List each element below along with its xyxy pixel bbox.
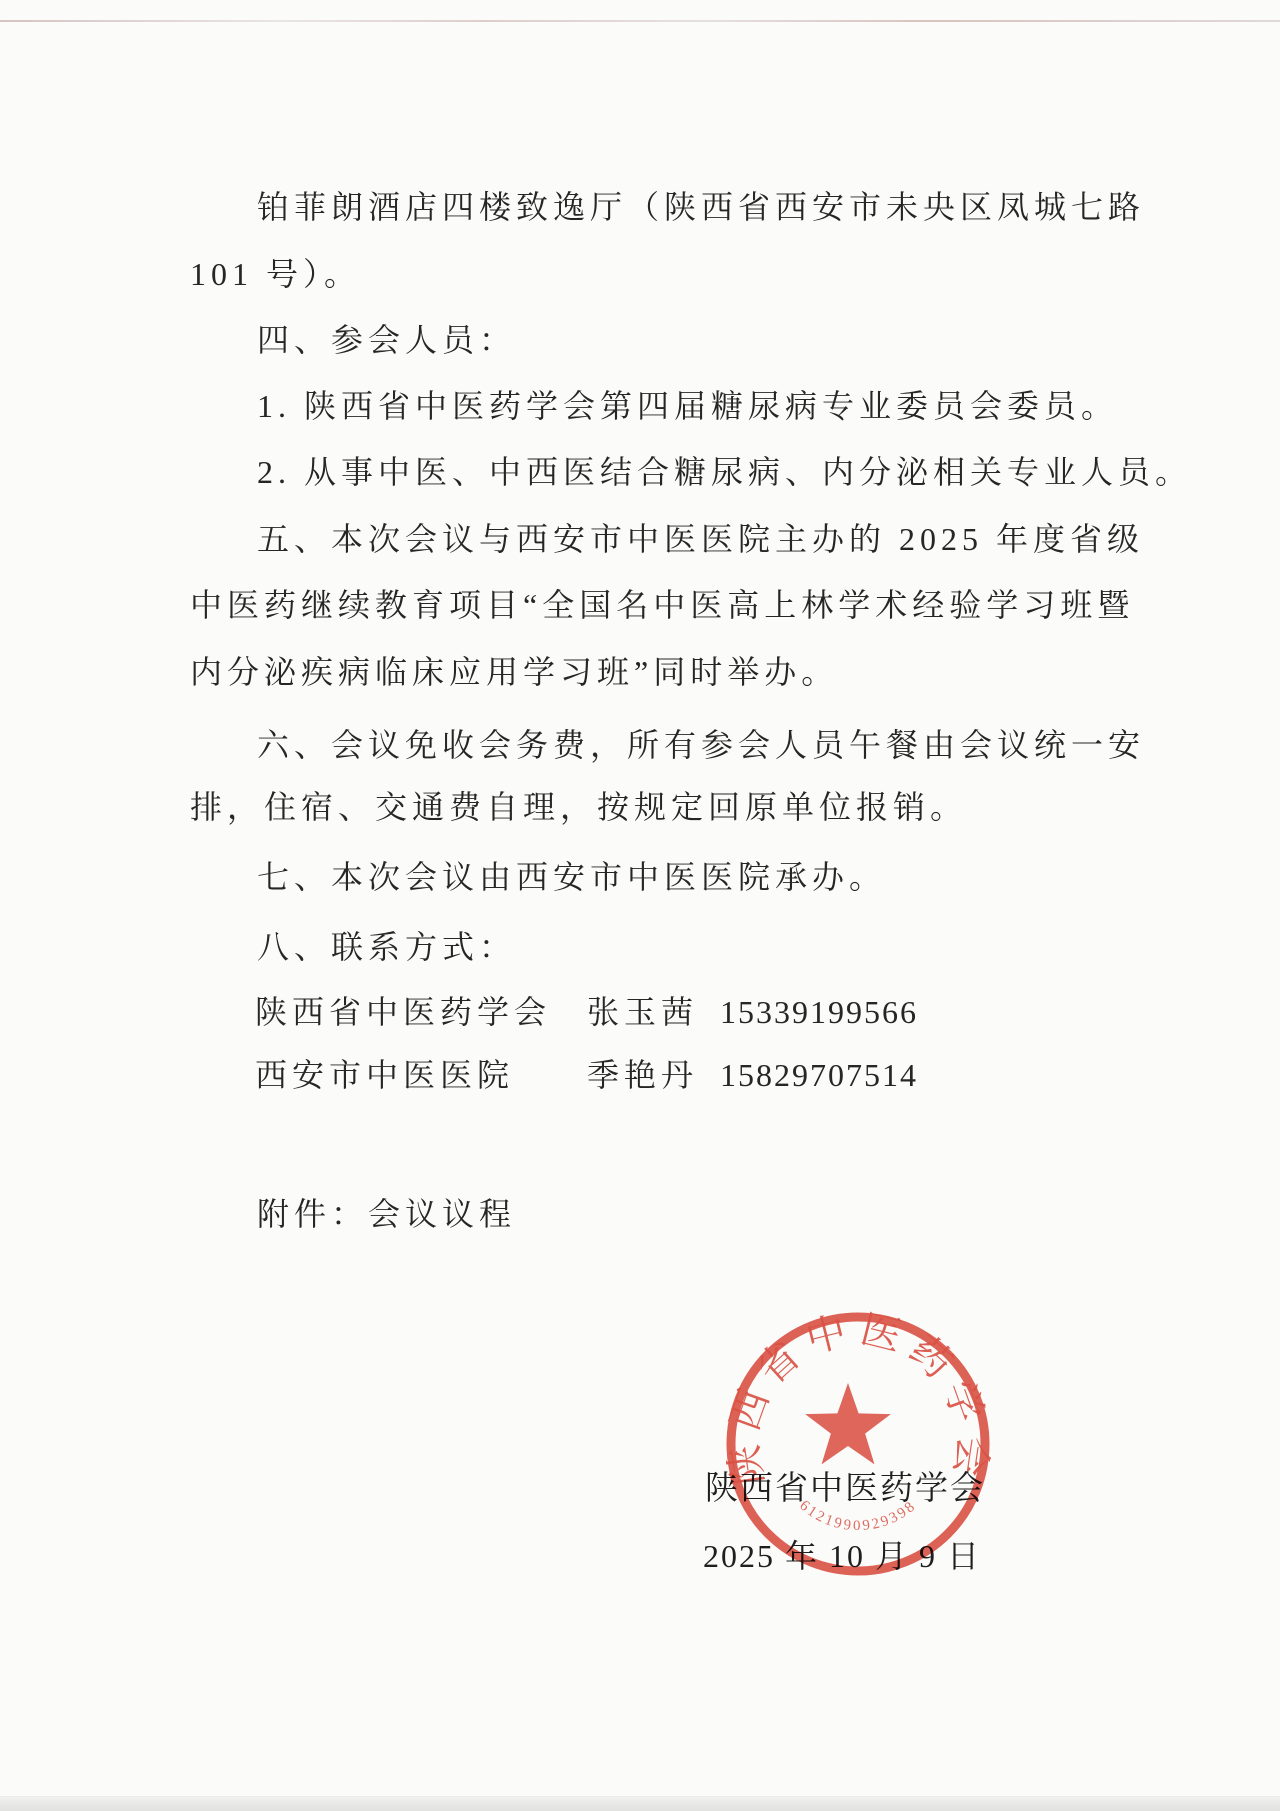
body-line: 2. 从事中医、中西医结合糖尿病、内分泌相关专业人员。 xyxy=(257,456,1192,488)
seal-code: 6121990929398 xyxy=(796,1498,919,1535)
seal-code-container: 6121990929398 xyxy=(796,1498,919,1535)
contact-phone: 15339199566 xyxy=(720,995,918,1029)
scan-artifact-top-line xyxy=(0,20,1280,22)
document-page: 铂菲朗酒店四楼致逸厅（陕西省西安市未央区凤城七路 101 号）。 四、参会人员：… xyxy=(0,0,1280,1811)
seal-arc-text: 陕西省中医药学会 xyxy=(720,1306,996,1488)
body-line: 排，住宿、交通费自理，按规定回原单位报销。 xyxy=(190,791,967,823)
body-line: 1. 陕西省中医药学会第四届糖尿病专业委员会委员。 xyxy=(257,390,1118,422)
body-line: 101 号）。 xyxy=(190,258,361,290)
body-line-section-8: 八、联系方式： xyxy=(257,931,516,963)
attachment-line: 附件：会议议程 xyxy=(257,1198,516,1230)
contact-phone: 15829707514 xyxy=(720,1058,918,1092)
star-icon xyxy=(805,1383,891,1464)
contact-name: 季艳丹 xyxy=(587,1058,698,1092)
body-line-section-5: 五、本次会议与西安市中医医院主办的 2025 年度省级 xyxy=(257,523,1144,555)
official-seal: 陕西省中医药学会 6121990929398 xyxy=(708,1294,1008,1594)
body-line-section-7: 七、本次会议由西安市中医医院承办。 xyxy=(257,861,886,893)
body-line: 中医药继续教育项目“全国名中医高上林学术经验学习班暨 xyxy=(190,589,1134,621)
contact-row: 西安市中医医院 季艳丹 15829707514 xyxy=(190,1058,1150,1092)
contact-row: 陕西省中医药学会 张玉茜 15339199566 xyxy=(190,995,1150,1029)
contact-org: 西安市中医医院 xyxy=(255,1058,514,1092)
contact-name: 张玉茜 xyxy=(587,995,698,1029)
body-line-section-4: 四、参会人员： xyxy=(257,324,516,356)
body-line: 内分泌疾病临床应用学习班”同时举办。 xyxy=(190,656,838,688)
body-line-section-6: 六、会议免收会务费，所有参会人员午餐由会议统一安 xyxy=(257,729,1145,761)
scan-artifact-bottom-band xyxy=(0,1796,1280,1811)
contact-org: 陕西省中医药学会 xyxy=(255,995,551,1029)
body-line: 铂菲朗酒店四楼致逸厅（陕西省西安市未央区凤城七路 xyxy=(257,191,1145,223)
seal-arc-text-container: 陕西省中医药学会 xyxy=(720,1306,996,1488)
